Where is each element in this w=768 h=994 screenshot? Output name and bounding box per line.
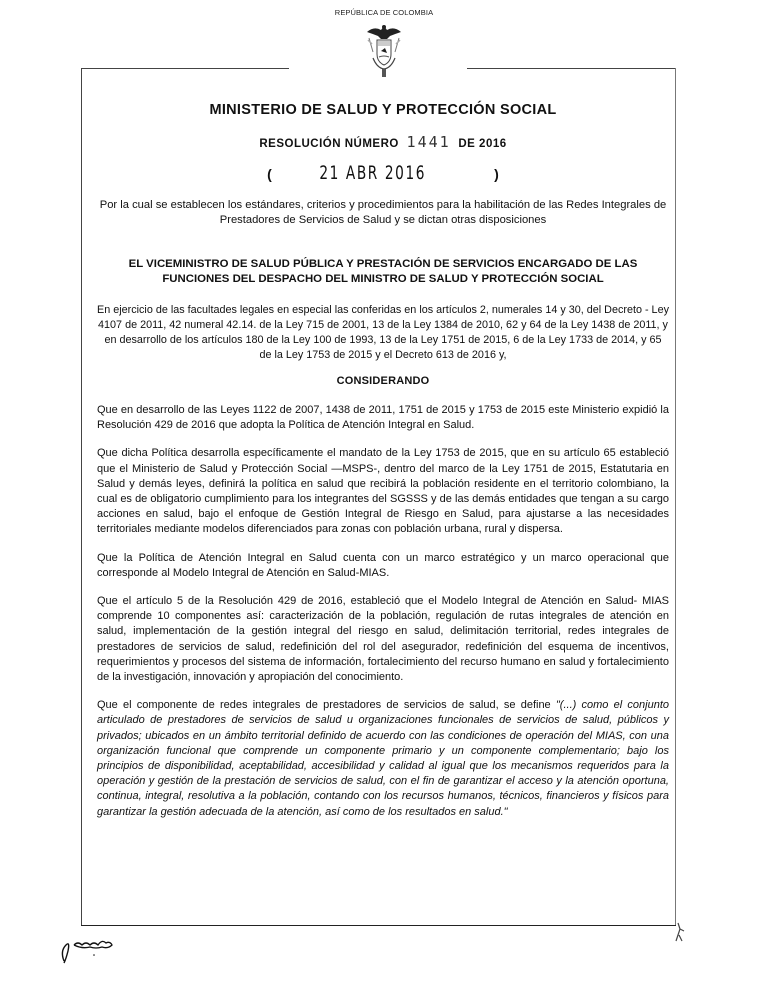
- frame-border-right: [675, 68, 676, 926]
- ministry-title: MINISTERIO DE SALUD Y PROTECCIÓN SOCIAL: [97, 100, 669, 120]
- frame-border-top-left: [81, 68, 289, 69]
- considering-paragraph: Que la Política de Atención Integral en …: [97, 551, 669, 581]
- date-stamp: 21 ABR 2016: [320, 162, 427, 184]
- handwritten-initials-icon: [58, 929, 158, 969]
- coat-of-arms-icon: [359, 22, 409, 78]
- considering-paragraph-quote: Que el componente de redes integrales de…: [97, 698, 669, 820]
- date-open-paren: (: [267, 163, 272, 185]
- resolution-number-line: RESOLUCIÓN NÚMERO 1441 DE 2016: [97, 133, 669, 151]
- resolution-date-line: ( 21 ABR 2016 ): [97, 162, 669, 184]
- resolution-number-stamp: 1441: [403, 133, 455, 151]
- legal-powers: En ejercicio de las facultades legales e…: [97, 303, 669, 363]
- considering-paragraph: Que el artículo 5 de la Resolución 429 d…: [97, 594, 669, 685]
- frame-border-top-right: [467, 68, 676, 69]
- document-body: MINISTERIO DE SALUD Y PROTECCIÓN SOCIAL …: [97, 100, 669, 831]
- considering-paragraph: Que dicha Política desarrolla específica…: [97, 446, 669, 537]
- quote-intro: Que el componente de redes integrales de…: [97, 699, 556, 711]
- frame-border-bottom: [81, 925, 676, 926]
- considering-paragraph: Que en desarrollo de las Leyes 1122 de 2…: [97, 403, 669, 433]
- frame-border-left: [81, 68, 82, 926]
- republic-heading: REPÚBLICA DE COLOMBIA: [0, 8, 768, 17]
- resolution-subject: Por la cual se establecen los estándares…: [97, 198, 669, 228]
- issuing-authority: EL VICEMINISTRO DE SALUD PÚBLICA Y PREST…: [97, 257, 669, 286]
- resolution-label: RESOLUCIÓN NÚMERO: [259, 138, 398, 150]
- handwritten-mark-icon: [674, 921, 688, 943]
- resolution-year: DE 2016: [458, 138, 506, 150]
- quoted-definition: "(...) como el conjunto articulado de pr…: [97, 699, 669, 817]
- date-close-paren: ): [494, 163, 499, 185]
- considering-heading: CONSIDERANDO: [97, 375, 669, 387]
